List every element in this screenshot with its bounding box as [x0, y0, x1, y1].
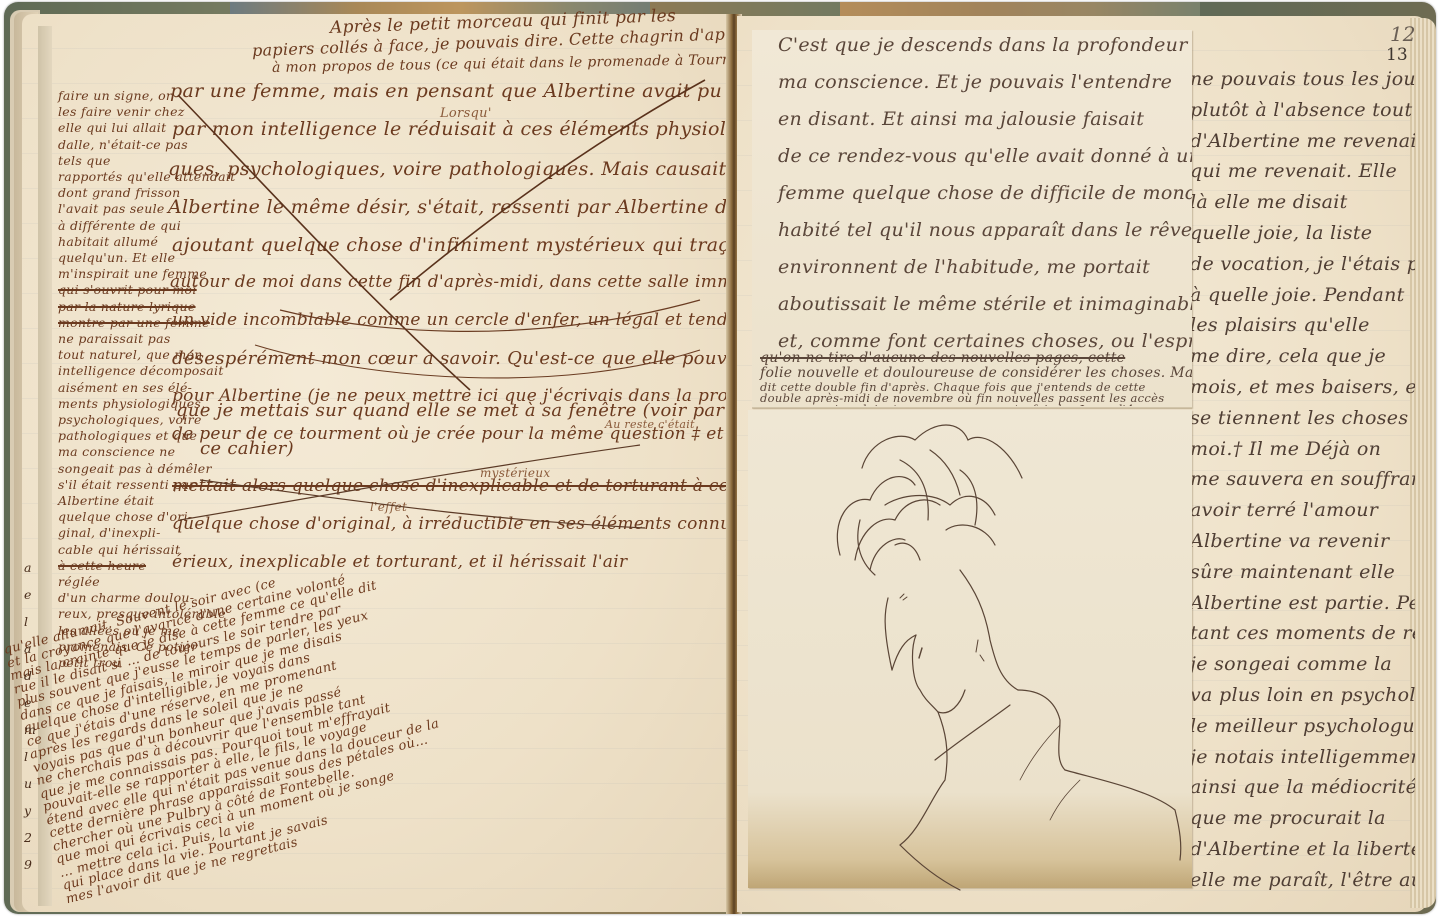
right-column-line: plutôt à l'absence tout — [1190, 99, 1412, 121]
edge-fragment: u — [24, 776, 32, 791]
right-column-line: va plus loin en psycholo- — [1190, 684, 1415, 706]
slip-line: et, comme font certaines choses, ou l'es… — [778, 330, 1192, 352]
margin-line: ma conscience ne — [58, 444, 175, 459]
margin-line: par la nature lyrique — [58, 299, 196, 314]
margin-line: s'il était ressenti par — [58, 477, 196, 492]
pasted-slip-drawing — [748, 410, 1192, 888]
margin-line: tels que — [58, 153, 111, 168]
margin-line: quelqu'un. Et elle — [58, 250, 175, 265]
margin-line: Albertine était — [58, 493, 154, 508]
right-column-line: à quelle joie. Pendant — [1190, 284, 1405, 306]
edge-fragment: a — [24, 560, 32, 575]
slip-line: que ceux qui parlaient avec mon cœur aut… — [760, 402, 1134, 406]
right-column-line: moi.† Il me Déjà on — [1190, 438, 1381, 460]
binding-edge-fragments: aelademluy29 — [24, 560, 38, 900]
margin-line: aisément en ses élé- — [58, 380, 192, 395]
margin-line: cable qui hérissait — [58, 542, 180, 557]
edge-fragment: e — [24, 695, 32, 710]
right-column-line: ainsi que la médiocrité — [1190, 776, 1415, 798]
body-line-struck: mettait alors quelque chose d'inexplicab… — [172, 476, 778, 496]
slip-line: folie nouvelle et douloureuse de considé… — [760, 365, 1192, 381]
right-column-line: le meilleur psychologue. — [1190, 715, 1415, 737]
body-line: Albertine le même désir, s'était, ressen… — [168, 196, 733, 218]
margin-line: m'inspirait une femme — [58, 266, 207, 281]
right-column-line: se tiennent les choses pour — [1190, 407, 1415, 429]
slip-line: de ce rendez-vous qu'elle avait donné à … — [778, 145, 1192, 167]
body-line: par mon intelligence le réduisait à ces … — [172, 118, 763, 140]
margin-line: montre par une femme — [58, 315, 210, 330]
edge-fragment: a — [24, 641, 32, 656]
interlinear-note: Au reste c'était — [605, 418, 695, 431]
right-column-line: avoir terré l'amour — [1190, 499, 1378, 521]
margin-line: à cette heure — [58, 558, 146, 573]
margin-line: ne paraissait pas — [58, 331, 171, 346]
pasted-slip-lines: C'est que je descends dans la profondeur… — [756, 34, 1192, 406]
body-line: un vide incomblable comme un cercle d'en… — [172, 310, 751, 330]
margin-line: intelligence décomposait — [58, 363, 224, 378]
body-line: quelque chose d'original, à irréductible… — [172, 514, 800, 534]
margin-line: quelque chose d'ori- — [58, 509, 192, 524]
edge-fragment: 9 — [24, 857, 32, 872]
margin-line: dalle, n'était-ce pas — [58, 137, 188, 152]
right-column-line: de vocation, je l'étais pas — [1190, 253, 1415, 275]
page-number: 13 — [1386, 45, 1408, 65]
margin-line: l'avait pas seule — [58, 201, 165, 216]
right-column-line: elle me paraît, l'être aussi — [1190, 869, 1415, 891]
right-column-line: me dire, cela que je — [1190, 345, 1386, 367]
right-column-line: qui me revenait. Elle — [1190, 160, 1397, 182]
right-column-line: ne pouvais tous les jours, — [1190, 68, 1415, 90]
edge-fragment: e — [24, 587, 32, 602]
slip-line: aboutissait le même stérile et inimagina… — [778, 293, 1192, 315]
margin-line: dont grand frisson — [58, 185, 180, 200]
margin-line: elle qui lui allait — [58, 120, 166, 135]
page-number-old: 12 — [1390, 22, 1415, 46]
margin-line: qui s'ouvrit pour moi — [58, 282, 197, 297]
margin-line: tout naturel, que mon — [58, 347, 203, 362]
slip-line: environnent de l'habitude, me portait — [778, 256, 1150, 278]
right-column-line: sûre maintenant elle — [1190, 561, 1395, 583]
slip-line: habité tel qu'il nous apparaît dans le r… — [778, 219, 1192, 241]
margin-line: les faire venir chez — [58, 104, 185, 119]
edge-fragment: d — [24, 668, 32, 683]
cover-worn-edge — [840, 2, 1200, 16]
margin-line: à différente de qui — [58, 218, 181, 233]
slip-line: femme quelque chose de difficile de mond… — [778, 182, 1192, 204]
edge-fragment: m — [24, 722, 36, 737]
right-column-line: d'Albertine et la liberté — [1190, 838, 1415, 860]
right-column-line: je notais intelligemment — [1190, 746, 1415, 768]
edge-fragment: l — [24, 614, 28, 629]
right-column-line: mois, et mes baisers, et — [1190, 376, 1415, 398]
right-column-line: je songeai comme la — [1190, 653, 1392, 675]
margin-line: pathologiques et que — [58, 428, 197, 443]
interlinear-note: l'effet — [370, 500, 407, 514]
slip-line: qu'on ne tire d'aucune des nouvelles pag… — [760, 350, 1125, 366]
margin-line: rapportés qu'elle attendait — [58, 169, 236, 184]
right-column-line: là elle me disait — [1190, 191, 1348, 213]
right-column-line: Albertine va revenir — [1190, 530, 1389, 552]
margin-line: faire un signe, or — [58, 88, 172, 103]
slip-line: en disant. Et ainsi ma jalousie faisait — [778, 108, 1144, 130]
right-column-line: d'Albertine me revenait — [1190, 130, 1415, 152]
right-column-line: que me procurait la — [1190, 807, 1386, 829]
margin-line: habitait allumé — [58, 234, 158, 249]
body-line: ce cahier) — [200, 438, 294, 459]
body-line: ajoutant quelque chose d'infiniment myst… — [172, 234, 755, 256]
right-column-line: me sauvera en souffrance au — [1190, 468, 1415, 490]
right-column-line: tant ces moments de répit — [1190, 622, 1415, 644]
edge-fragment: y — [24, 803, 31, 818]
right-column-line: quelle joie, la liste — [1190, 222, 1372, 244]
right-column-text: ne pouvais tous les jours,plutôt à l'abs… — [1190, 68, 1415, 908]
body-line: désespérément mon cœur à savoir. Qu'est-… — [172, 348, 796, 369]
interlinear-note: Lorsqu' — [440, 106, 492, 121]
edge-fragment: 2 — [24, 830, 32, 845]
margin-line: songeait pas à démêler — [58, 461, 212, 476]
body-line: autour de moi dans cette fin d'après-mid… — [170, 272, 780, 292]
body-line: ques, psychologiques, voire pathologique… — [168, 158, 766, 180]
margin-line: psychologiques, voire — [58, 412, 202, 427]
margin-line: ments physiologiques, — [58, 396, 205, 411]
right-column-line: Albertine est partie. Pendant — [1190, 592, 1415, 614]
right-column-line: les plaisirs qu'elle — [1190, 314, 1370, 336]
interlinear-note: mystérieux — [480, 466, 550, 480]
slip-line: C'est que je descends dans la profondeur… — [778, 34, 1192, 56]
edge-fragment: l — [24, 749, 28, 764]
slip-line: ma conscience. Et je pouvais l'entendre — [778, 71, 1172, 93]
margin-annotations: faire un signe, orles faire venir chezel… — [58, 88, 170, 688]
margin-line: ginal, d'inexpli- — [58, 525, 161, 540]
margin-line: réglée — [58, 574, 100, 589]
